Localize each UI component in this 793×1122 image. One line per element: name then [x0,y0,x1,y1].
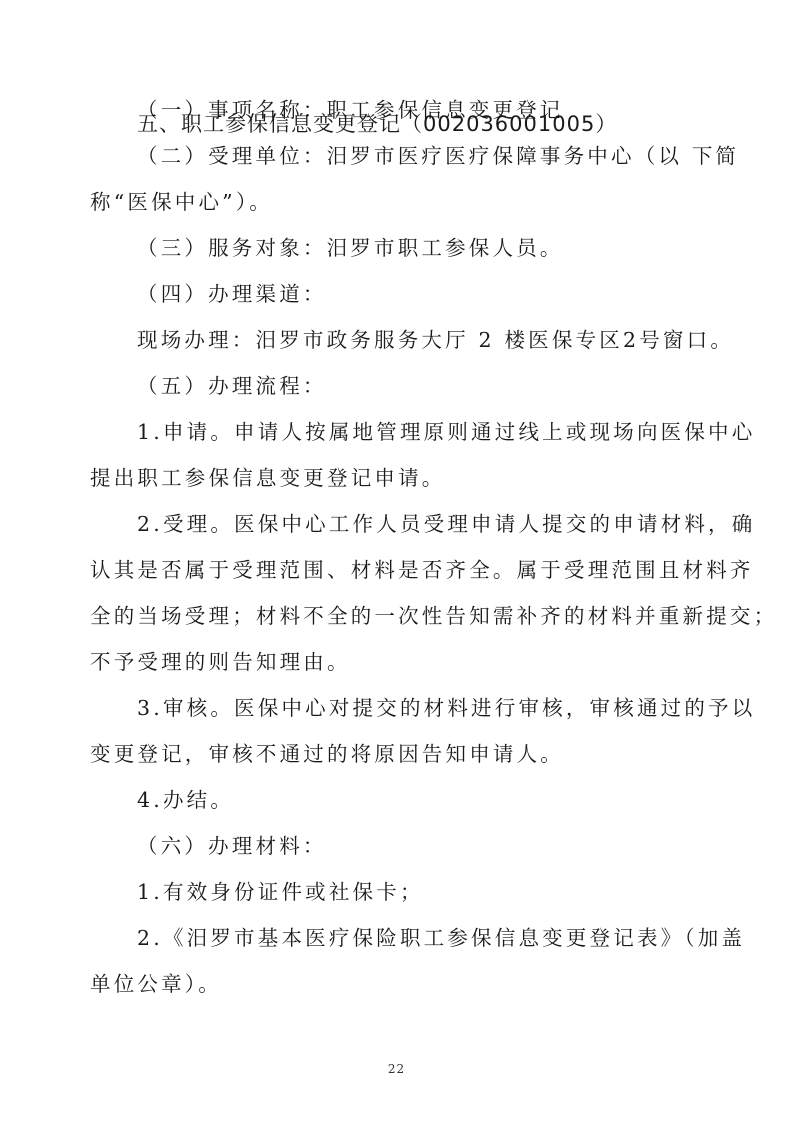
paragraph-line: 3.审核。医保中心对提交的材料进行审核，审核通过的予以 [137,694,755,722]
paragraph-line: （一）事项名称：职工参保信息变更登记 [137,96,564,124]
paragraph-line: 1.有效身份证件或社保卡； [137,878,424,906]
paragraph-line: （五）办理流程： [137,372,327,400]
paragraph-line: （二）受理单位：汨罗市医疗医疗保障事务中心（以 下简 [137,142,739,170]
paragraph-line: 全的当场受理；材料不全的一次性告知需补齐的材料并重新提交； [90,602,777,630]
paragraph-line: 称“医保中心”）。 [90,188,273,216]
paragraph-line: 4.办结。 [137,786,234,814]
paragraph-line: 2.《汨罗市基本医疗保险职工参保信息变更登记表》（加盖 [137,924,745,952]
page-number: 22 [0,1062,793,1076]
paragraph-line: 认其是否属于受理范围、材料是否齐全。属于受理范围且材料齐 [90,556,754,584]
paragraph-line: （四）办理渠道： [137,280,327,308]
document-page: 五、职工参保信息变更登记（002036001005） （一）事项名称：职工参保信… [0,0,793,1122]
paragraph-line: 单位公章）。 [90,970,222,998]
paragraph-line: 1.申请。申请人按属地管理原则通过线上或现场向医保中心 [137,418,755,446]
paragraph-line: （六）办理材料： [137,832,327,860]
paragraph-line: 提出职工参保信息变更登记申请。 [90,464,446,492]
paragraph-line: 现场办理：汨罗市政务服务大厅 2 楼医保专区2号窗口。 [137,326,734,354]
paragraph-line: 变更登记，审核不通过的将原因告知申请人。 [90,740,564,768]
paragraph-line: 不予受理的则告知理由。 [90,648,351,676]
paragraph-line: 2.受理。医保中心工作人员受理申请人提交的申请材料，确 [137,510,755,538]
paragraph-line: （三）服务对象：汨罗市职工参保人员。 [137,234,564,262]
